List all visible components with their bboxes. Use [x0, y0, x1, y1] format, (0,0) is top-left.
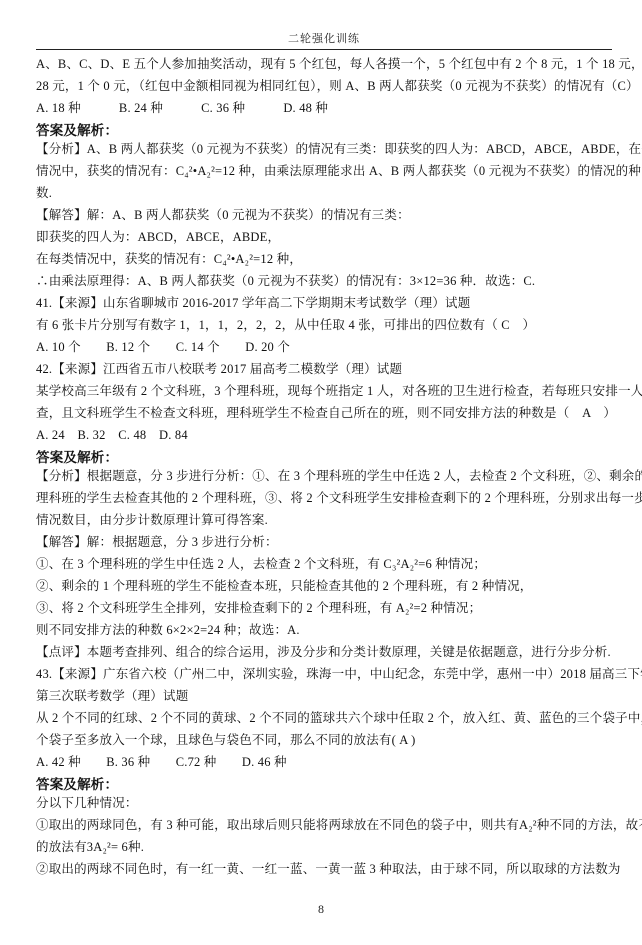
solution-40-line-3: 在每类情况中，获奖的情况有：C₄²•A₂²=12 种， [36, 253, 612, 266]
question-41-source: 41.【来源】山东省聊城市 2016-2017 学年高二下学期期末考试数学（理）… [36, 297, 612, 310]
solution-40-line-1: 【解答】解：A、B 两人都获奖（0 元视为不获奖）的情况有三类： [36, 209, 612, 222]
document-page: 二轮强化训练 A、B、C、D、E 五个人参加抽奖活动，现有 5 个红包，每人各摸… [0, 0, 642, 945]
question-42-text-line-2: 查，且文科班学生不检查文科班，理科班学生不检查自己所在的班，则不同安排方法的种数… [36, 407, 612, 420]
analysis-40-line-3: 数. [36, 187, 612, 200]
header-rule [36, 49, 612, 50]
solution-43-intro: 分以下几种情况： [36, 797, 612, 810]
answer-heading-42: 答案及解析： [36, 451, 612, 464]
solution-40-line-2: 即获奖的四人为：ABCD，ABCE，ABDE， [36, 231, 612, 244]
solution-42-intro: 【解答】解：根据题意，分 3 步进行分析： [36, 536, 612, 549]
question-42-source: 42.【来源】江西省五市八校联考 2017 届高考二模数学（理）试题 [36, 363, 612, 376]
question-43-options: A. 42 种 B. 36 种 C.72 种 D. 46 种 [36, 756, 612, 769]
question-40-text-line-2: 28 元，1 个 0 元，（红包中金额相同视为相同红包），则 A、B 两人都获奖… [36, 80, 612, 93]
solution-43-case-1-line-1: ①取出的两球同色，有 3 种可能，取出球后则只能将两球放在不同色的袋子中，则共有… [36, 819, 612, 832]
question-40-options: A. 18 种 B. 24 种 C. 36 种 D. 48 种 [36, 102, 612, 115]
question-43-source-line-2: 第三次联考数学（理）试题 [36, 690, 612, 703]
solution-42-step-1: ①、在 3 个理科班的学生中任选 2 人，去检查 2 个文科班，有 C₃²A₂²… [36, 558, 612, 571]
question-42-options: A. 24 B. 32 C. 48 D. 84 [36, 429, 612, 442]
question-41-text: 有 6 张卡片分别写有数字 1，1，1，2，2，2，从中任取 4 张，可排出的四… [36, 319, 612, 332]
solution-42-step-2: ②、剩余的 1 个理科班的学生不能检查本班，只能检查其他的 2 个理科班，有 2… [36, 580, 612, 593]
analysis-42-line-2: 理科班的学生去检查其他的 2 个理科班，③、将 2 个文科班学生安排检查剩下的 … [36, 492, 612, 505]
solution-43-case-2: ②取出的两球不同色时，有一红一黄、一红一蓝、一黄一蓝 3 种取法，由于球不同，所… [36, 863, 612, 876]
solution-42-step-3: ③、将 2 个文科班学生全排列，安排检查剩下的 2 个理科班，有 A₂²=2 种… [36, 602, 612, 615]
analysis-40-line-1: 【分析】A、B 两人都获奖（0 元视为不获奖）的情况有三类：即获奖的四人为：AB… [36, 143, 612, 156]
page-header-title: 二轮强化训练 [36, 30, 612, 46]
solution-40-conclusion: ∴由乘法原理得：A、B 两人都获奖（0 元视为不获奖）的情况有：3×12=36 … [36, 275, 612, 288]
analysis-42-line-1: 【分析】根据题意，分 3 步进行分析：①、在 3 个理科班的学生中任选 2 人，… [36, 470, 612, 483]
question-41-options: A. 10 个 B. 12 个 C. 14 个 D. 20 个 [36, 341, 612, 354]
comment-42: 【点评】本题考查排列、组合的综合运用，涉及分步和分类计数原理，关键是依据题意，进… [36, 646, 612, 659]
question-43-text-line-1: 从 2 个不同的红球、2 个不同的黄球、2 个不同的篮球共六个球中任取 2 个，… [36, 712, 612, 725]
answer-heading-40: 答案及解析： [36, 124, 612, 137]
question-43-text-line-2: 个袋子至多放入一个球，且球色与袋色不同，那么不同的放法有( A ) [36, 734, 612, 747]
question-43-source-line-1: 43.【来源】广东省六校（广州二中，深圳实验，珠海一中，中山纪念，东莞中学，惠州… [36, 668, 612, 681]
analysis-42-line-3: 情况数目，由分步计数原理计算可得答案. [36, 514, 612, 527]
question-42-text-line-1: 某学校高三年级有 2 个文科班，3 个理科班，现每个班指定 1 人，对各班的卫生… [36, 385, 612, 398]
analysis-40-line-2: 情况中，获奖的情况有：C₄²•A₂²=12 种，由乘法原理能求出 A、B 两人都… [36, 165, 612, 178]
answer-heading-43: 答案及解析： [36, 778, 612, 791]
solution-42-conclusion: 则不同安排方法的种数 6×2×2=24 种；故选：A. [36, 624, 612, 637]
solution-43-case-1-line-2: 的放法有3A₂²= 6种. [36, 841, 612, 854]
page-number: 8 [0, 902, 642, 917]
question-40-text-line-1: A、B、C、D、E 五个人参加抽奖活动，现有 5 个红包，每人各摸一个，5 个红… [36, 58, 612, 71]
